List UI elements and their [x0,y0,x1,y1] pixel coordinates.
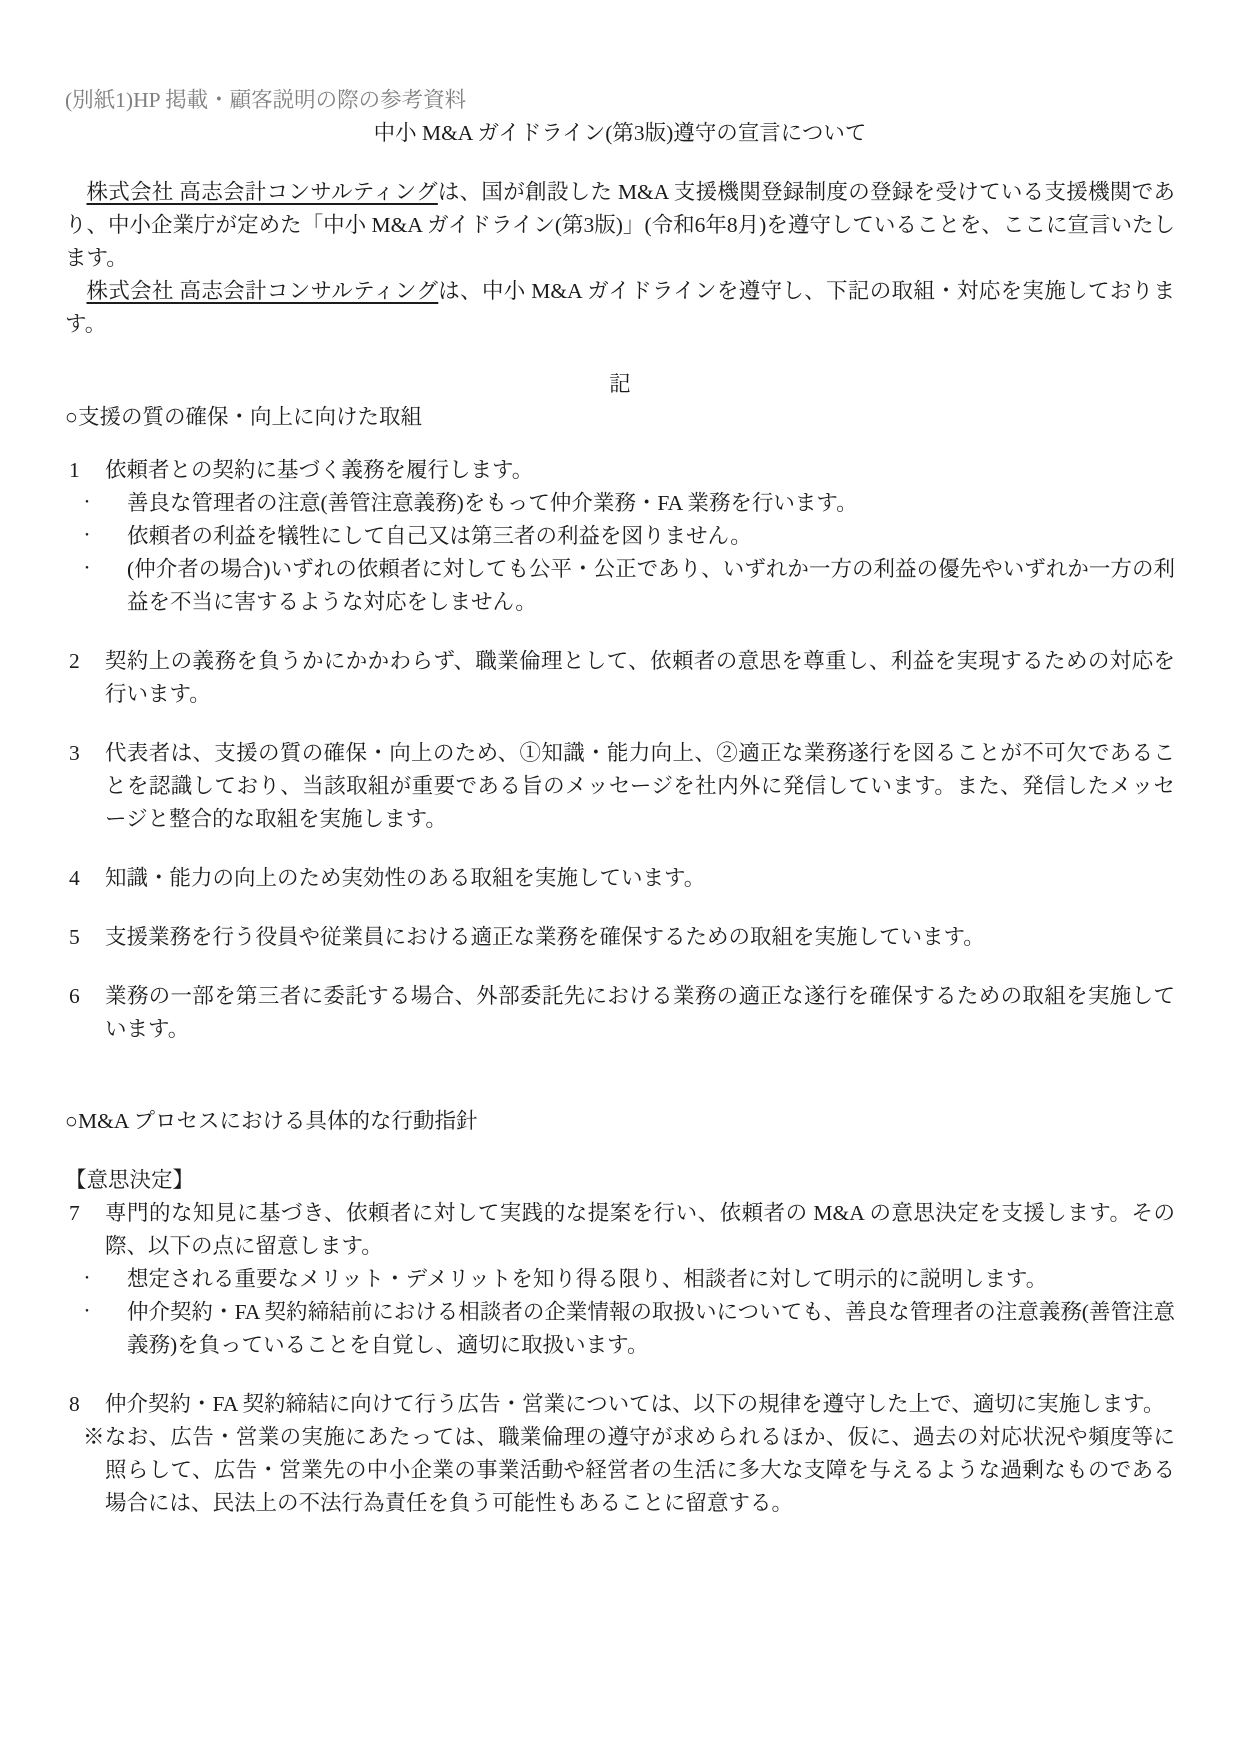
item-number: 3 [69,737,80,770]
bullet-icon: ・ [80,553,94,586]
declaration-paragraph-2: 株式会社 高志会計コンサルティングは、中小 M&A ガイドラインを遵守し、下記の… [65,275,1175,341]
list-item-4: 4 知識・能力の向上のため実効性のある取組を実施しています。 [65,862,1175,895]
item-text: 代表者は、支援の質の確保・向上のため、①知識・能力向上、②適正な業務遂行を図るこ… [105,737,1175,836]
item-text: 業務の一部を第三者に委託する場合、外部委託先における業務の適正な遂行を確保するた… [105,980,1175,1046]
bullet-text: 仲介契約・FA 契約締結前における相談者の企業情報の取扱いについても、善良な管理… [127,1300,1175,1357]
item-number: 7 [69,1197,80,1230]
list-item-2: 2 契約上の義務を負うかにかかわらず、職業倫理として、依頼者の意思を尊重し、利益… [65,645,1175,711]
record-mark: 記 [65,368,1175,401]
bullet-icon: ・ [80,1296,94,1329]
bullet-text: 想定される重要なメリット・デメリットを知り得る限り、相談者に対して明示的に説明し… [127,1267,1047,1291]
item-text: 仲介契約・FA 契約締結に向けて行う広告・営業については、以下の規律を遵守した上… [105,1388,1175,1421]
item-number: 4 [69,862,80,895]
bullet-icon: ・ [80,1263,94,1296]
bullet-icon: ・ [80,520,94,553]
item-text: 知識・能力の向上のため実効性のある取組を実施しています。 [105,862,1175,895]
item-number: 5 [69,921,80,954]
list-item-7: 7 専門的な知見に基づき、依頼者に対して実践的な提案を行い、依頼者の M&A の… [65,1197,1175,1362]
bullet-item: ・想定される重要なメリット・デメリットを知り得る限り、相談者に対して明示的に説明… [105,1263,1175,1296]
bullet-item: ・仲介契約・FA 契約締結前における相談者の企業情報の取扱いについても、善良な管… [105,1296,1175,1362]
item-text: 支援業務を行う役員や従業員における適正な業務を確保するための取組を実施しています… [105,921,1175,954]
company-name: 株式会社 高志会計コンサルティング [87,279,439,303]
document-page: (別紙1)HP 掲載・顧客説明の際の参考資料 中小 M&A ガイドライン(第3版… [0,0,1240,1755]
bullet-item: ・善良な管理者の注意(善管注意義務)をもって仲介業務・FA 業務を行います。 [105,487,1175,520]
list-item-8: 8 仲介契約・FA 契約締結に向けて行う広告・営業については、以下の規律を遵守し… [65,1388,1175,1520]
list-item-6: 6 業務の一部を第三者に委託する場合、外部委託先における業務の適正な遂行を確保す… [65,980,1175,1046]
item-text: 専門的な知見に基づき、依頼者に対して実践的な提案を行い、依頼者の M&A の意思… [105,1197,1175,1263]
sub-heading-decision: 【意思決定】 [65,1164,1175,1197]
bullet-text: 善良な管理者の注意(善管注意義務)をもって仲介業務・FA 業務を行います。 [127,491,858,515]
bullet-item: ・(仲介者の場合)いずれの依頼者に対しても公平・公正であり、いずれか一方の利益の… [105,553,1175,619]
list-item-5: 5 支援業務を行う役員や従業員における適正な業務を確保するための取組を実施してい… [65,921,1175,954]
item-note: ※なお、広告・営業の実施にあたっては、職業倫理の遵守が求められるほか、仮に、過去… [105,1421,1175,1520]
item-number: 8 [69,1388,80,1421]
section-heading-ma-process: ○M&A プロセスにおける具体的な行動指針 [65,1105,1175,1138]
company-name: 株式会社 高志会計コンサルティング [87,180,438,204]
list-item-1: 1 依頼者との契約に基づく義務を履行します。 ・善良な管理者の注意(善管注意義務… [65,454,1175,619]
bullet-text: 依頼者の利益を犠牲にして自己又は第三者の利益を図りません。 [127,524,752,548]
page-title: 中小 M&A ガイドライン(第3版)遵守の宣言について [65,117,1175,150]
bullet-item: ・依頼者の利益を犠牲にして自己又は第三者の利益を図りません。 [105,520,1175,553]
item-text: 契約上の義務を負うかにかかわらず、職業倫理として、依頼者の意思を尊重し、利益を実… [105,645,1175,711]
declaration-paragraph-1: 株式会社 高志会計コンサルティングは、国が創設した M&A 支援機関登録制度の登… [65,176,1175,275]
bullet-text: (仲介者の場合)いずれの依頼者に対しても公平・公正であり、いずれか一方の利益の優… [127,557,1175,614]
bullet-icon: ・ [80,487,94,520]
item-text: 依頼者との契約に基づく義務を履行します。 [105,454,1175,487]
header-note: (別紙1)HP 掲載・顧客説明の際の参考資料 [65,84,1175,117]
list-item-3: 3 代表者は、支援の質の確保・向上のため、①知識・能力向上、②適正な業務遂行を図… [65,737,1175,836]
item-number: 1 [69,454,80,487]
item-number: 2 [69,645,80,678]
section-heading-quality: ○支援の質の確保・向上に向けた取組 [65,401,1175,434]
item-number: 6 [69,980,80,1013]
